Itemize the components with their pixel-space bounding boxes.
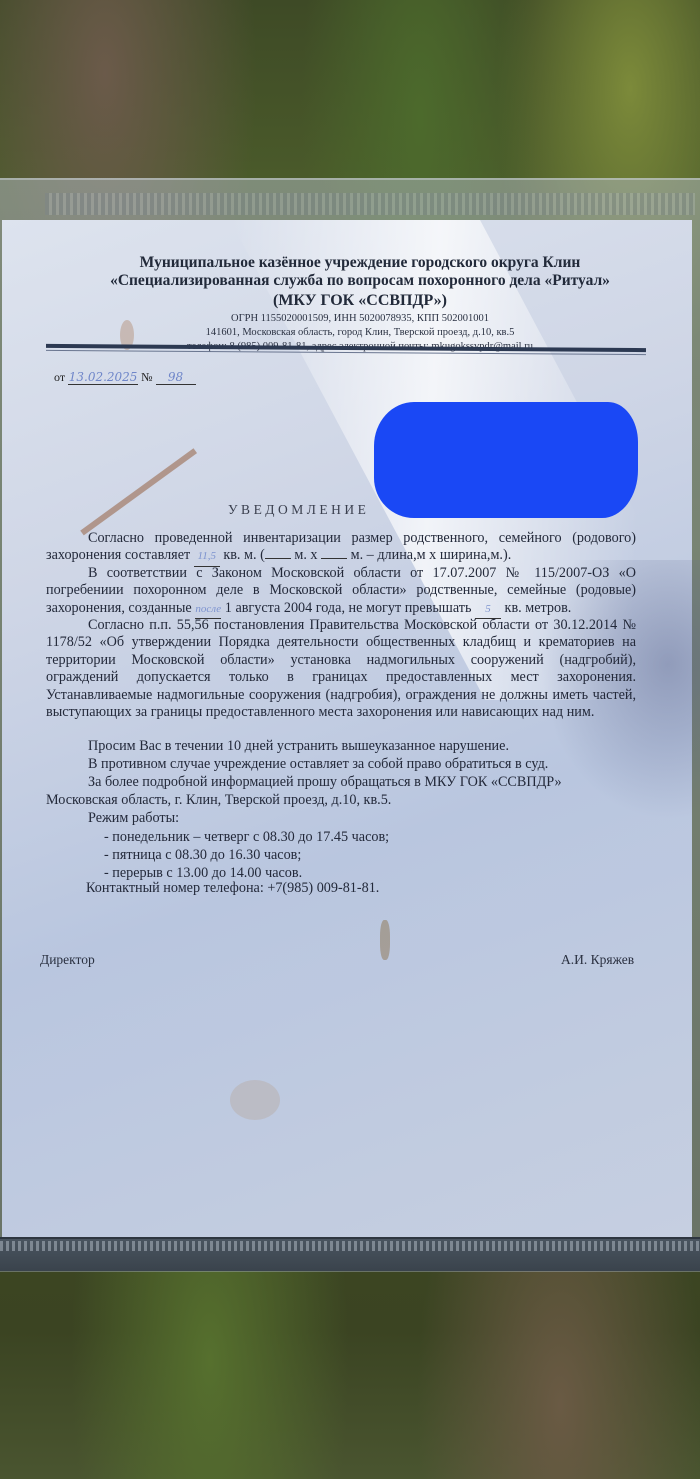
org-name-line2: «Специализированная служба по вопросам п… [40, 272, 680, 290]
request-line: Просим Вас в течении 10 дней устранить в… [88, 738, 509, 755]
schedule-item: - понедельник – четверг с 08.30 до 17.45… [104, 829, 389, 846]
sleeve-seal-top [45, 193, 695, 215]
grass-background-bottom [0, 1265, 700, 1479]
signature-position: Директор [40, 952, 95, 968]
info-paragraph: За более подробной информацией прошу обр… [46, 774, 636, 791]
ogrn-line: ОГРН 1155020001509, ИНН 5020078935, КПП … [40, 313, 680, 324]
contact-phone: Контактный номер телефона: +7(985) 009-8… [86, 880, 379, 897]
reference-line: от 13.02.2025 № 98 [54, 370, 196, 385]
schedule-title: Режим работы: [88, 810, 179, 827]
document-title: УВЕДОМЛЕНИЕ [228, 502, 369, 518]
number-label: № [141, 370, 152, 384]
org-name-line1: Муниципальное казённое учреждение городс… [40, 254, 680, 272]
court-warning-line: В противном случае учреждение оставляет … [88, 756, 548, 773]
date-handwritten: 13.02.2025 [68, 370, 138, 385]
schedule-item: - пятница с 08.30 до 16.30 часов; [104, 847, 301, 864]
from-label: от [54, 370, 65, 384]
office-address: Московская область, г. Клин, Тверской пр… [46, 792, 391, 809]
width-blank [321, 558, 347, 559]
paragraph-inventory: Согласно проведенной инвентаризации разм… [46, 530, 636, 567]
length-blank [265, 558, 291, 559]
signature-name: А.И. Кряжев [561, 952, 634, 968]
paragraph-regulation: Согласно п.п. 55,56 постановления Правит… [46, 617, 636, 721]
redaction-block [374, 402, 638, 518]
paragraph-law: В соответствии с Законом Московской обла… [46, 565, 636, 619]
sleeve-seal-bottom [0, 1237, 700, 1271]
address-line: 141601, Московская область, город Клин, … [40, 327, 680, 338]
org-abbreviation: (МКУ ГОК «ССВПДР») [40, 292, 680, 310]
number-handwritten: 98 [156, 370, 196, 385]
grass-background-top [0, 0, 700, 200]
